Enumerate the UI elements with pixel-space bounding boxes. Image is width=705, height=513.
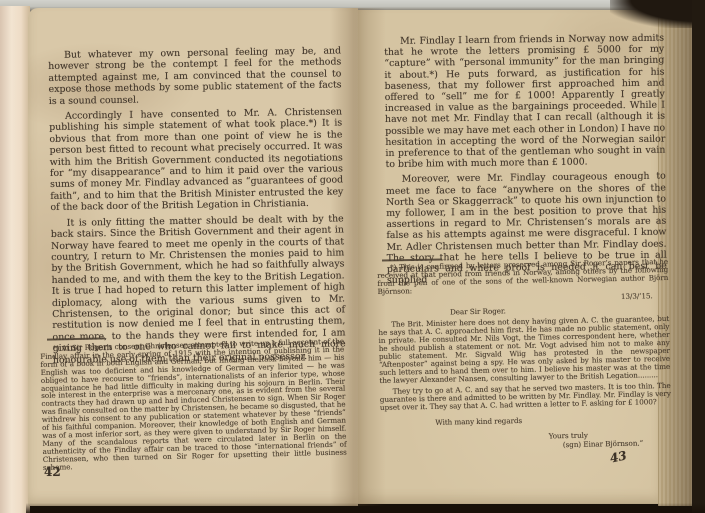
book-cover-edge (0, 6, 30, 513)
left-page-number: 42 (44, 465, 61, 479)
paragraph: Mr. Findlay I learn from friends in Norw… (384, 33, 666, 171)
right-page-text: Mr. Findlay I learn from friends in Norw… (384, 33, 667, 291)
footnote-intro: *) This is confirmed by letters preserve… (377, 258, 669, 296)
background-shadow-top-right (610, 0, 705, 28)
letter-paragraph: The Brit. Minister here does not deny ha… (378, 315, 670, 384)
left-page-text: But whatever my own personal feeling may… (48, 45, 346, 370)
background-edge-right (692, 0, 705, 513)
book-photo: But whatever my own personal feeling may… (0, 0, 705, 513)
letter-paragraph: They try to go at A. C. and say that he … (380, 382, 671, 412)
right-page-footnote: *) This is confirmed by letters preserve… (377, 258, 672, 453)
paragraph: But whatever my own personal feeling may… (48, 45, 342, 107)
paragraph: Accordingly I have consented to Mr. A. C… (49, 106, 344, 213)
letter-regards: With many kind regards (435, 414, 671, 427)
book-bottom-shadow (26, 503, 705, 513)
left-page-footnote: *) At Sir Roger’s consent Christensen at… (40, 338, 347, 472)
